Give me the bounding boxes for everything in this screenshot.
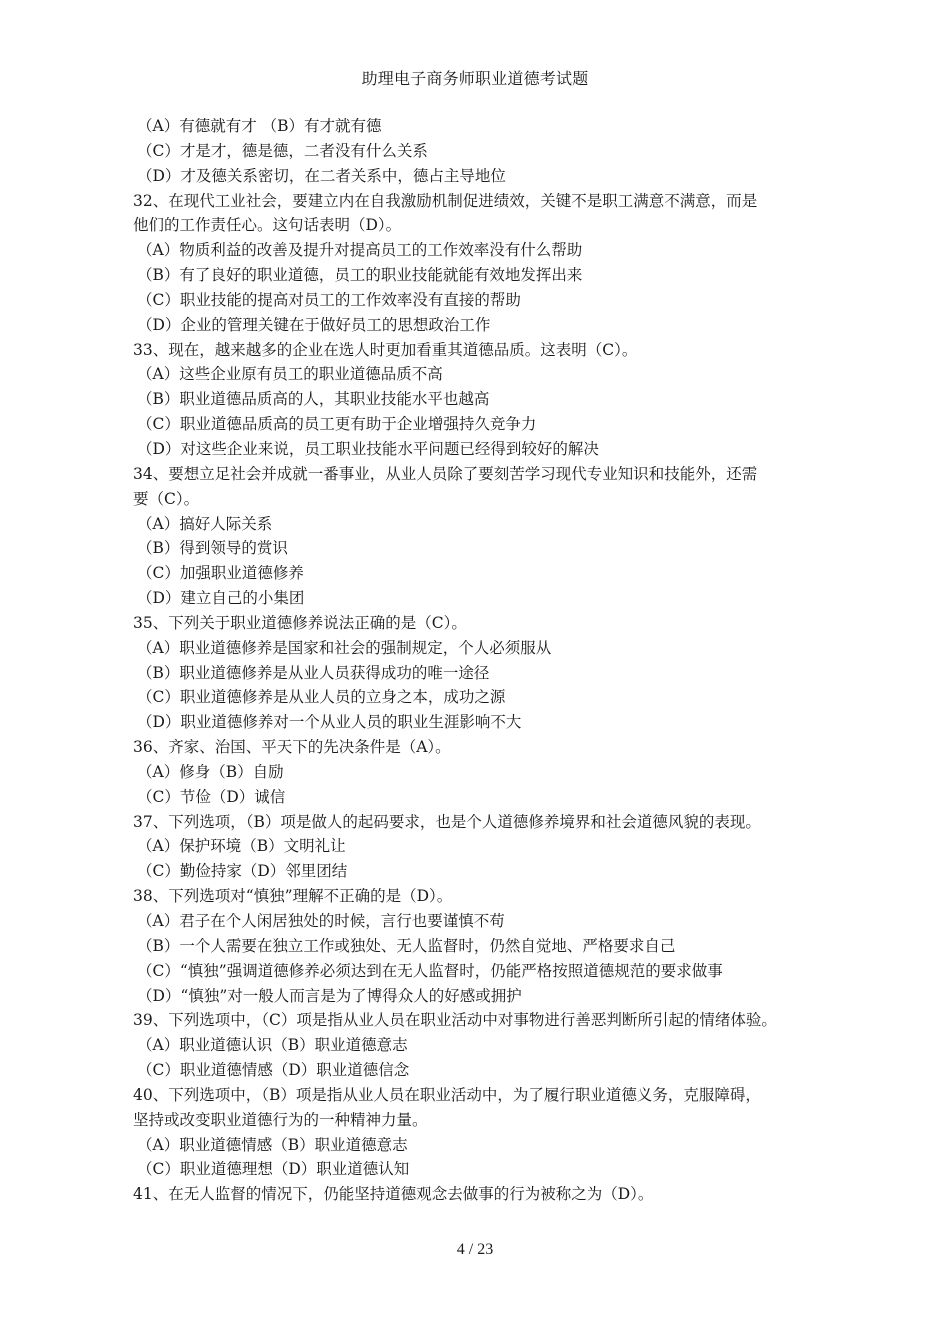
question-32-line-2: 他们的工作责任心。这句话表明（D）。	[133, 213, 823, 238]
question-34-line-1: 34、要想立足社会并成就一番事业，从业人员除了要刻苦学习现代专业知识和技能外，还…	[133, 462, 823, 487]
option-line: （D）才及德关系密切，在二者关系中，德占主导地位	[133, 164, 823, 189]
question-40-line-1: 40、下列选项中，（B）项是指从业人员在职业活动中，为了履行职业道德义务，克服障…	[133, 1083, 823, 1108]
question-35: 35、下列关于职业道德修养说法正确的是（C）。	[133, 611, 823, 636]
option-line: （D）企业的管理关键在于做好员工的思想政治工作	[133, 313, 823, 338]
option-line: （D）职业道德修养对一个从业人员的职业生涯影响不大	[133, 710, 823, 735]
question-40-line-2: 坚持或改变职业道德行为的一种精神力量。	[133, 1108, 823, 1133]
question-34-line-2: 要（C）。	[133, 487, 823, 512]
question-39: 39、下列选项中，（C）项是指从业人员在职业活动中对事物进行善恶判断所引起的情绪…	[133, 1008, 823, 1033]
option-line: （B）得到领导的赏识	[133, 536, 823, 561]
option-line: （C）勤俭持家（D）邻里团结	[133, 859, 823, 884]
option-line: （C）“慎独”强调道德修养必须达到在无人监督时，仍能严格按照道德规范的要求做事	[133, 959, 823, 984]
option-line: （C）职业技能的提高对员工的工作效率没有直接的帮助	[133, 288, 823, 313]
option-line: （C）职业道德情感（D）职业道德信念	[133, 1058, 823, 1083]
option-line: （A）有德就有才 （B）有才就有德	[133, 114, 823, 139]
document-page: 助理电子商务师职业道德考试题 （A）有德就有才 （B）有才就有德 （C）才是才，…	[0, 0, 950, 1341]
question-36: 36、齐家、治国、平天下的先决条件是（A）。	[133, 735, 823, 760]
question-38: 38、下列选项对“慎独”理解不正确的是（D）。	[133, 884, 823, 909]
question-37: 37、下列选项，（B）项是做人的起码要求，也是个人道德修养境界和社会道德风貌的表…	[133, 810, 823, 835]
question-32-line-1: 32、在现代工业社会，要建立内在自我激励机制促进绩效，关键不是职工满意不满意，而…	[133, 189, 823, 214]
option-line: （B）职业道德品质高的人，其职业技能水平也越高	[133, 387, 823, 412]
option-line: （B）职业道德修养是从业人员获得成功的唯一途径	[133, 661, 823, 686]
option-line: （C）职业道德理想（D）职业道德认知	[133, 1157, 823, 1182]
option-line: （A）职业道德认识（B）职业道德意志	[133, 1033, 823, 1058]
exam-question-body: （A）有德就有才 （B）有才就有德 （C）才是才，德是德，二者没有什么关系 （D…	[133, 114, 823, 1207]
option-line: （A）物质利益的改善及提升对提高员工的工作效率没有什么帮助	[133, 238, 823, 263]
option-line: （A）职业道德修养是国家和社会的强制规定，个人必须服从	[133, 636, 823, 661]
option-line: （A）修身（B）自励	[133, 760, 823, 785]
option-line: （D）建立自己的小集团	[133, 586, 823, 611]
option-line: （A）保护环境（B）文明礼让	[133, 834, 823, 859]
option-line: （C）加强职业道德修养	[133, 561, 823, 586]
option-line: （C）才是才，德是德，二者没有什么关系	[133, 139, 823, 164]
option-line: （D）“慎独”对一般人而言是为了博得众人的好感或拥护	[133, 984, 823, 1009]
page-number: 4 / 23	[0, 1240, 950, 1260]
question-33: 33、现在，越来越多的企业在选人时更加看重其道德品质。这表明（C）。	[133, 338, 823, 363]
option-line: （A）这些企业原有员工的职业道德品质不高	[133, 362, 823, 387]
option-line: （C）职业道德修养是从业人员的立身之本，成功之源	[133, 685, 823, 710]
option-line: （A）君子在个人闲居独处的时候，言行也要谨慎不苟	[133, 909, 823, 934]
option-line: （B）一个人需要在独立工作或独处、无人监督时，仍然自觉地、严格要求自己	[133, 934, 823, 959]
option-line: （C）节俭（D）诚信	[133, 785, 823, 810]
page-header-title: 助理电子商务师职业道德考试题	[0, 68, 950, 90]
option-line: （C）职业道德品质高的员工更有助于企业增强持久竞争力	[133, 412, 823, 437]
option-line: （A）搞好人际关系	[133, 512, 823, 537]
option-line: （B）有了良好的职业道德，员工的职业技能就能有效地发挥出来	[133, 263, 823, 288]
option-line: （A）职业道德情感（B）职业道德意志	[133, 1133, 823, 1158]
question-41: 41、在无人监督的情况下，仍能坚持道德观念去做事的行为被称之为（D）。	[133, 1182, 823, 1207]
option-line: （D）对这些企业来说，员工职业技能水平问题已经得到较好的解决	[133, 437, 823, 462]
